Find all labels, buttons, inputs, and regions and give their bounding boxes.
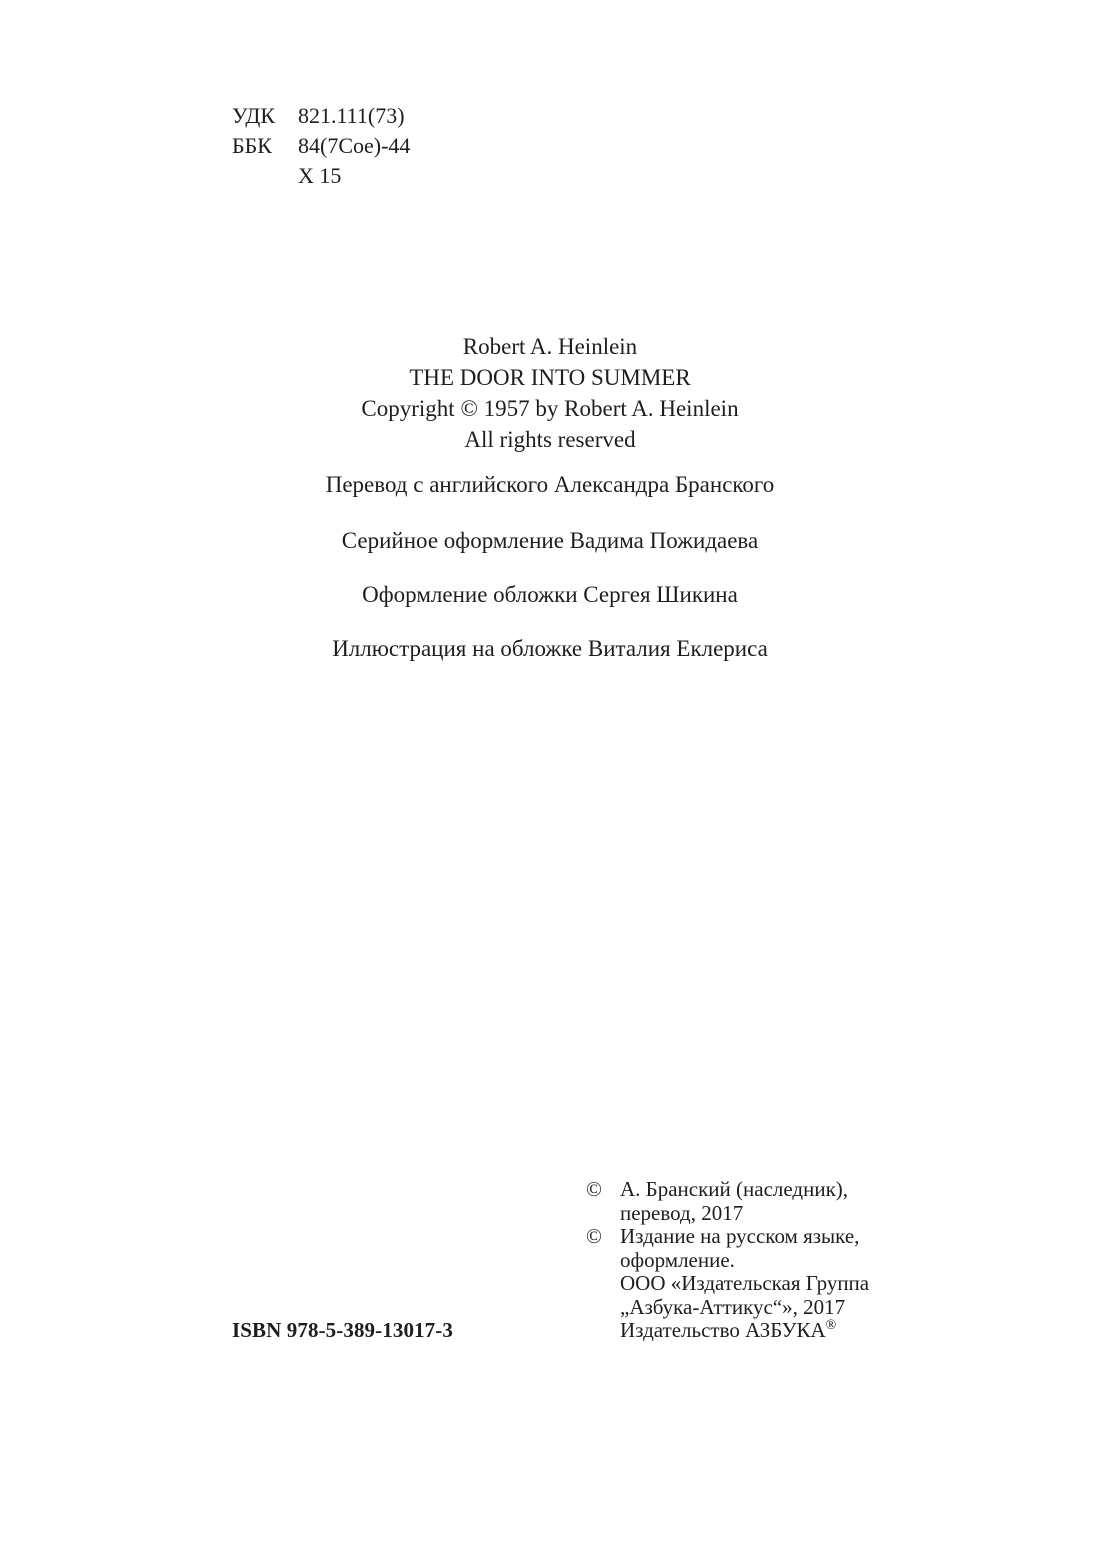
original-rights: All rights reserved: [0, 424, 1100, 455]
copyright-notices: © А. Бранский (наследник), перевод, 2017…: [586, 1178, 869, 1343]
copyright-icon: ©: [586, 1178, 602, 1202]
edition-copyright-line: ООО «Издательская Группа: [620, 1272, 869, 1296]
edition-copyright: © Издание на русском языке, оформление. …: [586, 1225, 869, 1343]
isbn: ISBN 978-5-389-13017-3: [232, 1318, 453, 1343]
publisher-name: Издательство АЗБУКА: [620, 1318, 826, 1342]
edition-copyright-line: „Азбука-Аттикус“», 2017: [620, 1296, 869, 1320]
translator-credit: Перевод с английского Александра Бранско…: [0, 472, 1100, 498]
bbk-value: 84(7Coe)-44: [298, 133, 410, 158]
translation-copyright-line: А. Бранский (наследник),: [620, 1178, 869, 1202]
series-design-credit: Серийное оформление Вадима Пожидаева: [0, 528, 1100, 554]
copyright-page: УДК821.111(73) ББК84(7Coe)-44 Х 15 Rober…: [0, 0, 1100, 1556]
author-mark: Х 15: [298, 163, 341, 188]
copyright-icon: ©: [586, 1225, 602, 1249]
udk-label: УДК: [232, 101, 298, 131]
bbk-label: ББК: [232, 131, 298, 161]
publisher-line: Издательство АЗБУКА®: [620, 1319, 869, 1343]
translation-copyright-line: перевод, 2017: [620, 1202, 869, 1226]
author-mark-row: Х 15: [232, 161, 410, 191]
original-author: Robert A. Heinlein: [0, 331, 1100, 362]
bbk-row: ББК84(7Coe)-44: [232, 131, 410, 161]
edition-copyright-line: оформление.: [620, 1249, 869, 1273]
classification-block: УДК821.111(73) ББК84(7Coe)-44 Х 15: [232, 101, 410, 191]
cover-design-credit: Оформление обложки Сергея Шикина: [0, 582, 1100, 608]
original-title: THE DOOR INTO SUMMER: [0, 362, 1100, 393]
translation-copyright: © А. Бранский (наследник), перевод, 2017: [586, 1178, 869, 1225]
udk-row: УДК821.111(73): [232, 101, 410, 131]
udk-value: 821.111(73): [298, 103, 405, 128]
edition-copyright-line: Издание на русском языке,: [620, 1225, 869, 1249]
original-edition-block: Robert A. Heinlein THE DOOR INTO SUMMER …: [0, 331, 1100, 455]
cover-illustration-credit: Иллюстрация на обложке Виталия Еклериса: [0, 636, 1100, 662]
registered-trademark-icon: ®: [826, 1318, 837, 1333]
original-copyright: Copyright © 1957 by Robert A. Heinlein: [0, 393, 1100, 424]
